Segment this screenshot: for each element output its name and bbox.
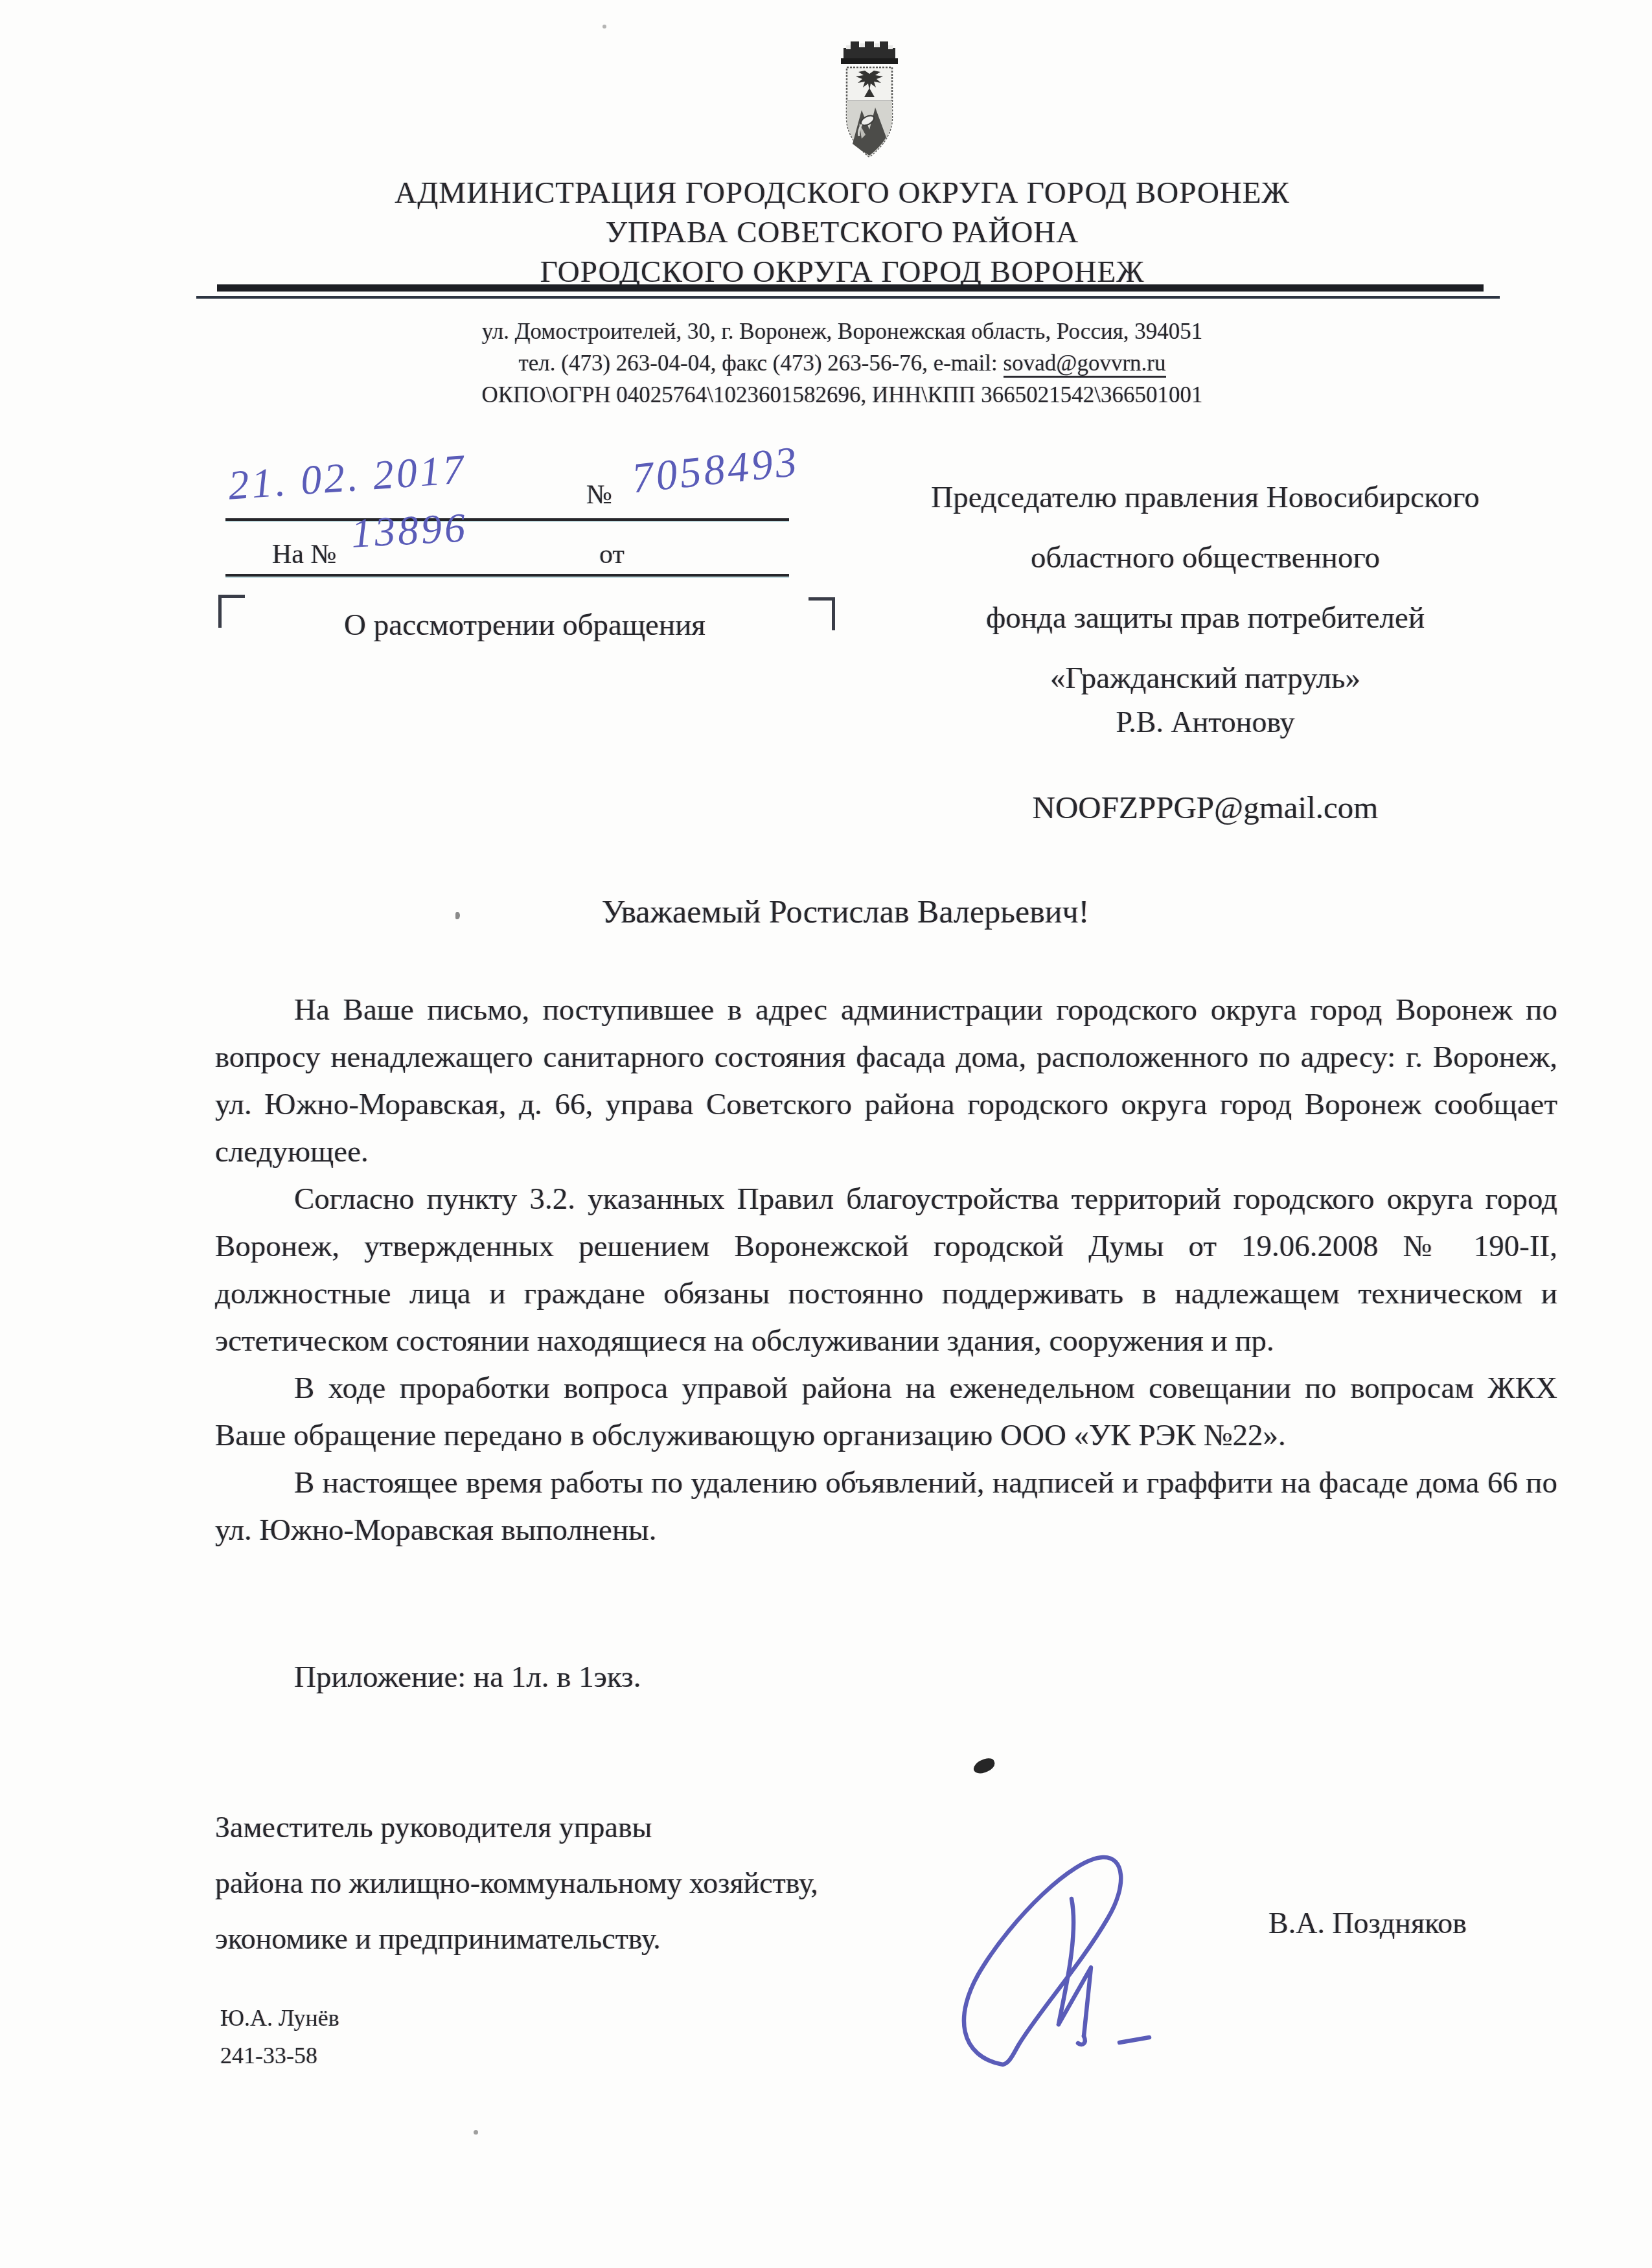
org-line-1: АДМИНИСТРАЦИЯ ГОРОДСКОГО ОКРУГА ГОРОД ВО… bbox=[188, 174, 1497, 213]
ink-blot-speck bbox=[972, 1756, 997, 1776]
recipient-name: Р.В. Антонову bbox=[821, 705, 1589, 739]
recipient-line-4: «Гражданский патруль» bbox=[821, 648, 1589, 709]
body-paragraph-1: На Ваше письмо, поступившее в адрес адми… bbox=[215, 987, 1557, 1176]
signature-scribble bbox=[933, 1850, 1179, 2070]
reply-label: На № bbox=[272, 539, 337, 570]
reference-underline-2 bbox=[225, 574, 789, 577]
address-line: ул. Домостроителей, 30, г. Воронеж, Воро… bbox=[188, 315, 1497, 347]
letterhead-rule-thin bbox=[196, 296, 1500, 299]
attachment-note: Приложение: на 1л. в 1экз. bbox=[215, 1660, 1557, 1695]
scan-speck bbox=[474, 2130, 478, 2135]
signatory-title-block: Заместитель руководителя управы района п… bbox=[215, 1800, 1057, 1967]
recipient-line-2: областного общественного bbox=[821, 528, 1589, 588]
coat-of-arms-icon bbox=[833, 32, 906, 163]
signatory-title-line-1: Заместитель руководителя управы bbox=[215, 1800, 1057, 1855]
salutation: Уважаемый Ростислав Валерьевич! bbox=[188, 893, 1503, 930]
scanned-letter-page: АДМИНИСТРАЦИЯ ГОРОДСКОГО ОКРУГА ГОРОД ВО… bbox=[0, 0, 1652, 2268]
recipient-email: NOOFZPPGP@gmail.com bbox=[821, 789, 1589, 826]
letterhead-address-block: ул. Домостроителей, 30, г. Воронеж, Воро… bbox=[188, 315, 1497, 411]
signatory-title-line-3: экономике и предпринимательству. bbox=[215, 1911, 1057, 1967]
body-paragraph-2: Согласно пункту 3.2. указанных Правил бл… bbox=[215, 1176, 1557, 1365]
reference-underline-1 bbox=[225, 518, 789, 521]
letter-body: На Ваше письмо, поступившее в адрес адми… bbox=[215, 987, 1557, 1554]
subject-corner-left bbox=[218, 595, 245, 628]
handwritten-incoming-number: 13896 bbox=[350, 503, 469, 557]
letterhead-org-block: АДМИНИСТРАЦИЯ ГОРОДСКОГО ОКРУГА ГОРОД ВО… bbox=[188, 174, 1497, 292]
executor-block: Ю.А. Лунёв 241-33-58 bbox=[220, 1999, 339, 2074]
scan-speck bbox=[602, 25, 606, 29]
number-label: № bbox=[586, 479, 612, 510]
org-email: sovad@govvrn.ru bbox=[1004, 350, 1166, 378]
executor-name: Ю.А. Лунёв bbox=[220, 1999, 339, 2037]
body-paragraph-4: В настоящее время работы по удалению объ… bbox=[215, 1460, 1557, 1554]
contact-prefix: тел. (473) 263-04-04, факс (473) 263-56-… bbox=[519, 350, 1004, 376]
subject-corner-right bbox=[809, 597, 835, 630]
executor-phone: 241-33-58 bbox=[220, 2037, 339, 2074]
body-paragraph-3: В ходе проработки вопроса управой района… bbox=[215, 1365, 1557, 1460]
codes-line: ОКПО\ОГРН 04025764\1023601582696, ИНН\КП… bbox=[188, 379, 1497, 411]
letterhead-rule-thick bbox=[217, 284, 1484, 292]
recipient-block: Председателю правления Новосибирского об… bbox=[821, 468, 1589, 709]
subject-line: О рассмотрении обращения bbox=[269, 608, 781, 643]
recipient-line-3: фонда защиты прав потребителей bbox=[821, 588, 1589, 648]
contact-line: тел. (473) 263-04-04, факс (473) 263-56-… bbox=[188, 347, 1497, 379]
recipient-line-1: Председателю правления Новосибирского bbox=[821, 468, 1589, 528]
handwritten-date: 21. 02. 2017 bbox=[227, 445, 468, 509]
org-line-2: УПРАВА СОВЕТСКОГО РАЙОНА bbox=[188, 213, 1497, 253]
signatory-title-line-2: района по жилищно-коммунальному хозяйств… bbox=[215, 1855, 1057, 1911]
handwritten-outgoing-number: 7058493 bbox=[630, 437, 802, 504]
signatory-name: В.А. Поздняков bbox=[1268, 1906, 1467, 1940]
from-label: от bbox=[599, 539, 625, 570]
